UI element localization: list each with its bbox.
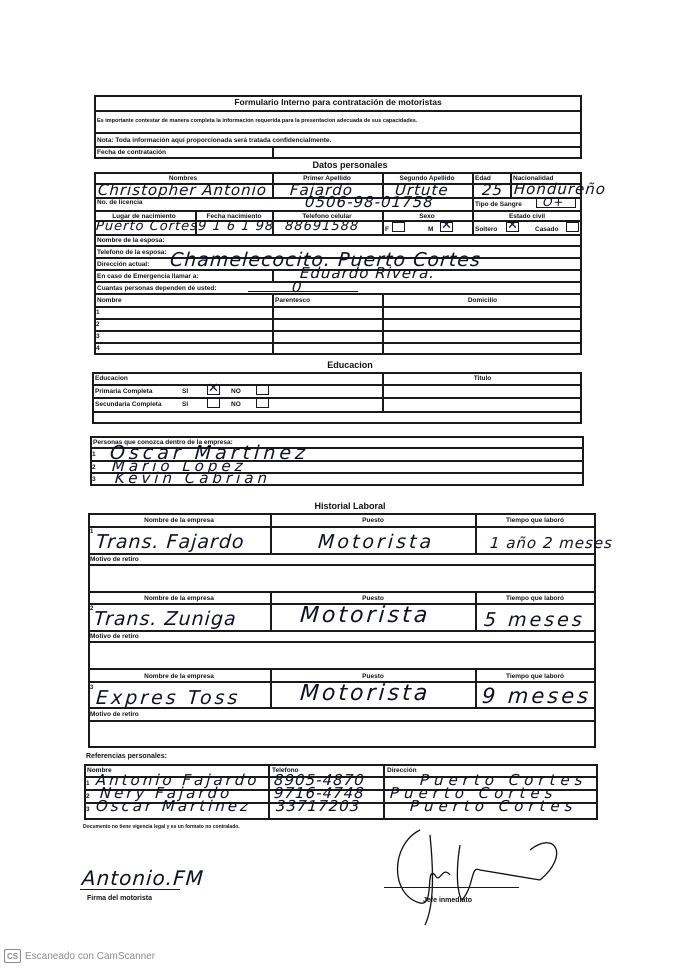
value-telefono-celular[interactable]: 88691588 bbox=[284, 219, 359, 235]
dep-row[interactable]: 1 bbox=[96, 308, 100, 317]
form-title: Formulario Interno para contratación de … bbox=[94, 98, 582, 107]
edu-header-titulo: Titulo bbox=[383, 374, 582, 383]
job1-header-empresa: Nombre de la empresa bbox=[88, 516, 270, 525]
camscanner-watermark: CS Escaneado con CamScanner bbox=[4, 949, 155, 963]
job2-motivo[interactable] bbox=[90, 643, 594, 667]
label-emergencia: En caso de Emergencia llamar a: bbox=[97, 272, 199, 281]
acq-num-1: 1 bbox=[92, 450, 96, 459]
job3-motivo-label: Motivo de retiro bbox=[90, 710, 139, 719]
job3-tiempo[interactable]: 9 meses bbox=[481, 686, 592, 706]
label-licencia: No. de licencia bbox=[97, 198, 143, 207]
dep-header-domicilio: Domicilio bbox=[383, 296, 582, 305]
references-label: Referencias personales: bbox=[86, 752, 167, 761]
value-licencia[interactable]: 0506-98-01758 bbox=[304, 194, 434, 210]
label-sexo-f: F bbox=[385, 225, 389, 234]
job3-empresa[interactable]: Expres Toss bbox=[95, 688, 241, 708]
checkbox-casado[interactable] bbox=[566, 222, 579, 232]
section-title-work: Historial Laboral bbox=[0, 501, 700, 511]
job1-header-puesto: Puesto bbox=[271, 516, 475, 525]
ref-num-3: 3 bbox=[86, 805, 90, 814]
dep-row[interactable]: 3 bbox=[96, 332, 100, 341]
label-dependientes: Cuantas personas dependen de usted: bbox=[97, 284, 217, 293]
label-telefono-esposa: Telefono de la esposa: bbox=[97, 248, 167, 257]
driver-signature-label: Firma del motorista bbox=[87, 894, 152, 903]
label-tipo-sangre: Tipo de Sangre bbox=[475, 200, 522, 209]
ref-num-2: 2 bbox=[86, 792, 90, 801]
edu-secundaria-si: SI bbox=[182, 400, 188, 409]
form-note: Nota: Toda información aquí proporcionad… bbox=[97, 136, 331, 145]
hire-date-field[interactable] bbox=[274, 147, 580, 158]
job1-motivo-label: Motivo de retiro bbox=[90, 555, 139, 564]
acquaintance-3[interactable]: Kevin Cabrian bbox=[114, 470, 271, 486]
boss-signature-label: Jefe inmediato bbox=[423, 896, 472, 905]
job1-motivo[interactable] bbox=[90, 566, 594, 590]
value-nombres[interactable]: Christopher Antonio bbox=[97, 182, 272, 198]
ref3-telefono[interactable]: 33717203 bbox=[275, 798, 360, 814]
job1-tiempo[interactable]: 1 año 2 meses bbox=[489, 535, 613, 551]
job3-header-tiempo: Tiempo que laboró bbox=[476, 672, 594, 681]
value-edad[interactable]: 25 bbox=[481, 182, 503, 198]
ref-header-direccion: Dirección bbox=[387, 766, 417, 775]
checkbox-primaria-no[interactable] bbox=[256, 385, 269, 395]
value-tipo-sangre-box[interactable]: O+ bbox=[536, 197, 576, 208]
driver-signature: Antonio.FM bbox=[81, 868, 204, 888]
checkbox-secundaria-no[interactable] bbox=[256, 398, 269, 408]
section-title-education: Educacion bbox=[0, 360, 700, 370]
hire-date-label: Fecha de contratación bbox=[97, 148, 166, 157]
job1-header-tiempo: Tiempo que laboró bbox=[476, 516, 594, 525]
job2-header-tiempo: Tiempo que laboró bbox=[476, 594, 594, 603]
edu-header-left: Educacion bbox=[95, 374, 128, 383]
form-intro: Es importante contestar de manera comple… bbox=[97, 117, 417, 126]
boss-signature-graphic bbox=[380, 825, 580, 925]
edu-secundaria-label: Secundaria Completa bbox=[95, 400, 161, 409]
dep-header-nombre: Nombre bbox=[97, 296, 122, 305]
job2-puesto[interactable]: Motorista bbox=[299, 606, 431, 626]
edu-secundaria-no: NO bbox=[231, 400, 241, 409]
job3-header-empresa: Nombre de la empresa bbox=[88, 672, 270, 681]
section-title-personal: Datos personales bbox=[0, 160, 700, 170]
job3-motivo[interactable] bbox=[90, 722, 594, 746]
job2-num: 2 bbox=[90, 605, 93, 614]
label-sexo-m: M bbox=[428, 225, 433, 234]
label-soltero: Soltero bbox=[475, 225, 497, 234]
job2-empresa[interactable]: Trans. Zuniga bbox=[93, 609, 237, 629]
job3-header-puesto: Puesto bbox=[271, 672, 475, 681]
camscanner-logo-icon: CS bbox=[4, 949, 21, 963]
ref3-nombre[interactable]: Oscar Martinez bbox=[95, 798, 251, 814]
job3-num: 3 bbox=[90, 684, 93, 693]
dep-header-parentesco: Parentesco bbox=[275, 296, 310, 305]
edu-primaria-label: Primaria Completa bbox=[95, 387, 152, 396]
disclaimer: Documento no tiene vigencia legal y es u… bbox=[83, 823, 240, 832]
label-direccion: Dirección actual: bbox=[97, 260, 149, 269]
checkbox-sexo-m[interactable]: ✕ bbox=[440, 222, 453, 232]
acq-num-3: 3 bbox=[92, 475, 96, 484]
job3-puesto[interactable]: Motorista bbox=[299, 684, 431, 704]
camscanner-text: Escaneado con CamScanner bbox=[25, 951, 155, 962]
job1-empresa[interactable]: Trans. Fajardo bbox=[95, 532, 245, 552]
value-nombre-esposa[interactable] bbox=[180, 235, 580, 245]
job2-tiempo[interactable]: 5 meses bbox=[483, 610, 585, 630]
edu-primaria-si: SI bbox=[182, 387, 188, 396]
checkbox-primaria-si[interactable]: ✕ bbox=[207, 385, 220, 395]
job2-motivo-label: Motivo de retiro bbox=[90, 632, 139, 641]
label-nombre-esposa: Nombre de la esposa: bbox=[97, 236, 165, 245]
ref3-direccion[interactable]: Puerto Cortes bbox=[409, 798, 578, 814]
job1-num: 1 bbox=[90, 528, 93, 537]
checkbox-soltero[interactable]: ✕ bbox=[506, 222, 519, 232]
checkbox-sexo-f[interactable] bbox=[392, 222, 405, 232]
job2-header-empresa: Nombre de la empresa bbox=[88, 594, 270, 603]
job1-puesto[interactable]: Motorista bbox=[317, 532, 435, 552]
ref-num-1: 1 bbox=[86, 779, 90, 788]
dep-row[interactable]: 4 bbox=[96, 344, 100, 353]
label-casado: Casado bbox=[535, 225, 558, 234]
job2-header-puesto: Puesto bbox=[271, 594, 475, 603]
value-tipo-sangre: O+ bbox=[542, 194, 565, 210]
value-emergencia[interactable]: Eduardo Rivera. bbox=[299, 265, 435, 281]
acq-num-2: 2 bbox=[92, 463, 96, 472]
edu-primaria-no: NO bbox=[231, 387, 241, 396]
value-fecha-nacimiento[interactable]: 9 1 6 1 98 bbox=[197, 219, 274, 235]
value-lugar-nacimiento[interactable]: Puerto Cortes bbox=[95, 219, 198, 235]
checkbox-secundaria-si[interactable] bbox=[207, 398, 220, 408]
dep-row[interactable]: 2 bbox=[96, 320, 100, 329]
